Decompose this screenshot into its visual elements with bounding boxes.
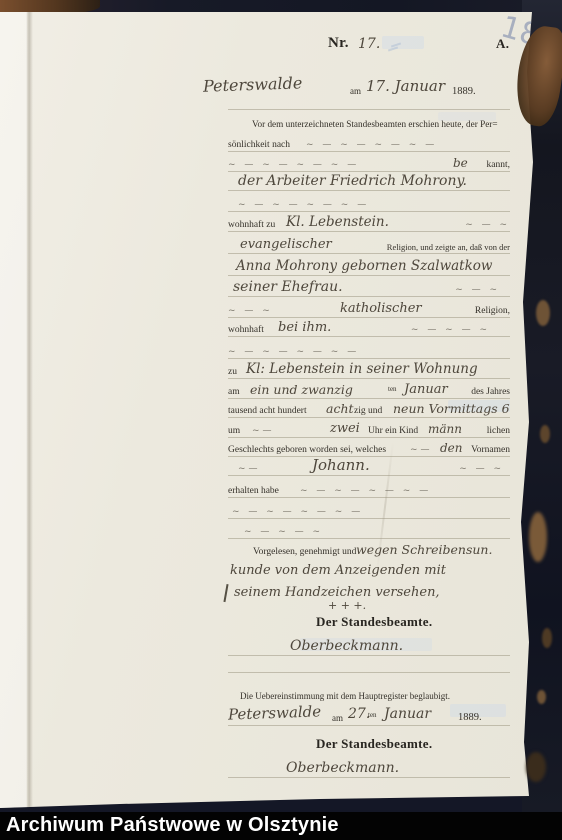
blank-rule xyxy=(228,663,510,673)
filler-squiggle: ~ — ~ — ~ — ~ — xyxy=(300,486,431,496)
signature-row-1: Oberbeckmann. xyxy=(228,638,510,656)
place-handwritten: Peterswalde xyxy=(203,73,303,95)
certification-date-row: Peterswalde am 27. ten Januar 1889. xyxy=(228,704,510,726)
religion1-row: evangelischer Religion, und zeigte an, d… xyxy=(228,236,510,254)
official-title-2: Der Standesbeamte. xyxy=(316,736,432,752)
filler-squiggle: ~ — ~ — ~ xyxy=(411,325,490,335)
filler-squiggle: ~ — ~ xyxy=(459,464,504,474)
received-row: erhalten habe ~ — ~ — ~ — ~ — xyxy=(228,480,510,498)
birthdate-row: am ein und zwanzig ten Januar des Jahres xyxy=(228,381,510,399)
filler-squiggle: ~ — ~ xyxy=(465,220,510,230)
year-handwritten-1: acht xyxy=(326,401,354,416)
des-jahres-printed: des Jahres xyxy=(471,387,510,397)
page-fold-shadow xyxy=(26,12,33,808)
sex-handwritten: männ xyxy=(428,422,462,436)
date-handwritten: 17. Januar xyxy=(366,77,445,95)
form-letter: A. xyxy=(496,36,509,52)
blank-row: ~ — ~ — ~ xyxy=(228,521,510,539)
religion2-handwritten: katholischer xyxy=(340,301,422,316)
cert-am-label: am xyxy=(332,713,343,723)
known-handwritten: be xyxy=(453,156,468,170)
hand-marks: + + +. xyxy=(328,599,366,612)
binding-wear-spot xyxy=(542,628,552,648)
birthyear-row: tausend acht hundert acht zig und neun V… xyxy=(228,400,510,418)
filler-squiggle: ~ — ~ — ~ xyxy=(244,527,323,537)
binding-wear-spot xyxy=(540,425,550,443)
mother-row: Anna Mohrony gebornen Szalwatkow xyxy=(228,258,510,276)
year-printed-1: tausend acht hundert xyxy=(228,406,307,416)
binding-wear-spot xyxy=(526,752,546,782)
religion2-row: ~ — ~ katholischer Religion, xyxy=(228,300,510,318)
intro-line-2: sönlichkeit nach ~ — ~ — ~ — ~ — xyxy=(228,134,510,152)
wife-handwritten: seiner Ehefrau. xyxy=(233,279,343,295)
filler-squiggle: ~ — ~ xyxy=(228,306,273,316)
geschlecht-printed: Geschlechts geboren worden sei, welches xyxy=(228,445,386,455)
uhr-printed: Uhr ein Kind xyxy=(368,426,418,436)
closing-handwritten-1: wegen Schreibensun. xyxy=(356,542,492,557)
filler-squiggle: ~ — ~ xyxy=(455,285,500,295)
filler-squiggle: ~ — ~ — ~ — ~ — xyxy=(238,200,369,210)
blank-row: ~ — ~ — ~ — ~ — xyxy=(228,341,510,359)
closing-row-2: kunde von dem Anzeigenden mit xyxy=(228,562,510,580)
filler-squiggle: ~ — ~ — ~ — ~ — xyxy=(228,160,359,170)
hour-handwritten: zwei xyxy=(330,421,360,436)
declarant-row: der Arbeiter Friedrich Mohrony. xyxy=(228,173,510,191)
filler-squiggle: ~ — ~ — ~ — ~ — xyxy=(306,140,437,150)
um-label: um xyxy=(228,426,240,436)
registrar-signature-1: Oberbeckmann. xyxy=(290,638,403,654)
erhalten-printed: erhalten habe xyxy=(228,486,279,496)
intro-text-2: sönlichkeit nach xyxy=(228,140,290,150)
ten-suffix: ten xyxy=(388,385,397,393)
intro-line-1: Vor dem unterzeichneten Standesbeamten e… xyxy=(228,114,510,132)
date-am-label: am xyxy=(228,387,240,397)
vornamen-printed: Vornamen xyxy=(471,445,510,455)
residence2-handwritten: bei ihm. xyxy=(278,320,331,335)
sex-suffix-printed: lichen xyxy=(487,426,510,436)
vorgelesen-printed: Vorgelesen, genehmigt und xyxy=(253,547,356,557)
cert-month-handwritten: Januar xyxy=(384,706,431,722)
residence2-label: wohnhaft xyxy=(228,325,264,335)
known-printed: kannt, xyxy=(487,160,510,170)
cert-ten-suffix: ten xyxy=(368,711,377,719)
am-label: am xyxy=(350,86,361,96)
closing-row-1: Vorgelesen, genehmigt und wegen Schreibe… xyxy=(228,541,510,559)
archive-caption-text: Archiwum Państwowe w Olsztynie xyxy=(0,812,562,839)
intro-text-1: Vor dem unterzeichneten Standesbeamten e… xyxy=(252,120,498,130)
handzeichen-marks-row: + + +. xyxy=(228,600,510,614)
mother-handwritten: Anna Mohrony gebornen Szalwatkow xyxy=(236,258,492,274)
filler-squiggle: ~— xyxy=(252,426,275,436)
signature-row-2: Oberbeckmann. xyxy=(228,760,510,778)
blank-row: ~ — ~ — ~ — ~ — xyxy=(228,501,510,519)
blue-check-mark xyxy=(388,47,398,52)
birthplace-printed: zu xyxy=(228,367,237,377)
blank-row: ~ — ~ — ~ — ~ — xyxy=(228,194,510,212)
residence-handwritten: Kl. Lebenstein. xyxy=(286,214,389,230)
header-row: Nr. 17. A. xyxy=(228,36,510,54)
birth-month-handwritten: Januar xyxy=(404,382,448,397)
sex-row: Geschlechts geboren worden sei, welches … xyxy=(228,439,510,457)
birth-day-handwritten: ein und zwanzig xyxy=(250,382,353,397)
official-title-row-2: Der Standesbeamte. xyxy=(228,736,510,754)
archive-caption-bar: Archiwum Państwowe w Olsztynie xyxy=(0,812,562,840)
wife-row: seiner Ehefrau. ~ — ~ xyxy=(228,279,510,297)
record-number-label: Nr. xyxy=(328,35,349,52)
certification-printed: Die Uebereinstimmung mit dem Hauptregist… xyxy=(240,691,450,701)
den-handwritten: den xyxy=(440,441,463,455)
known-row: ~ — ~ — ~ — ~ — be kannt, xyxy=(228,154,510,172)
binding-wear-spot xyxy=(537,690,546,704)
cert-place-handwritten: Peterswalde xyxy=(228,702,322,723)
child-name-handwritten: Johann. xyxy=(312,456,370,474)
residence-row: wohnhaft zu Kl. Lebenstein. ~ — ~ xyxy=(228,214,510,232)
cert-day-handwritten: 27. xyxy=(348,706,370,722)
year-printed-2: zig und xyxy=(354,406,382,416)
filler-squiggle: ~ — ~ — ~ — ~ — xyxy=(232,507,363,517)
head-date-rule xyxy=(228,96,510,110)
page-fold-highlight xyxy=(0,12,27,808)
residence-label: wohnhaft zu xyxy=(228,220,275,230)
filler-squiggle: ~— xyxy=(238,464,261,474)
closing-handwritten-3: seinem Handzeichen versehen, xyxy=(234,585,440,600)
religion2-printed: Religion, xyxy=(475,306,510,316)
religion1-printed: Religion, und zeigte an, daß von der xyxy=(387,242,510,252)
certification-row: Die Uebereinstimmung mit dem Hauptregist… xyxy=(228,685,510,703)
registrar-signature-2: Oberbeckmann. xyxy=(286,760,399,776)
birthplace-handwritten: Kl: Lebenstein in seiner Wohnung xyxy=(246,361,478,377)
declarant-handwritten: der Arbeiter Friedrich Mohrony. xyxy=(238,173,467,189)
official-title-1: Der Standesbeamte. xyxy=(316,614,432,630)
binding-wear-spot xyxy=(529,512,547,562)
childname-row: ~— Johann. ~ — ~ xyxy=(228,458,510,476)
official-title-row-1: Der Standesbeamte. xyxy=(228,614,510,632)
year-handwritten-2: neun Vormittags 6 xyxy=(393,401,510,416)
religion1-handwritten: evangelischer xyxy=(240,237,332,252)
closing-handwritten-2: kunde von dem Anzeigenden mit xyxy=(230,563,446,578)
filler-squiggle: ~— xyxy=(410,445,433,455)
record-number-value: 17. xyxy=(358,36,380,52)
register-page: 18 Nr. 17. A. Peterswalde am 17. Januar … xyxy=(0,12,534,808)
binding-wear-spot xyxy=(536,300,550,326)
birthplace-row: zu Kl: Lebenstein in seiner Wohnung xyxy=(228,361,510,379)
cert-year-printed: 1889. xyxy=(458,712,482,723)
filler-squiggle: ~ — ~ — ~ — ~ — xyxy=(228,347,359,357)
residence2-row: wohnhaft bei ihm. ~ — ~ — ~ xyxy=(228,319,510,337)
birthtime-row: um ~— zwei Uhr ein Kind männ lichen xyxy=(228,420,510,438)
